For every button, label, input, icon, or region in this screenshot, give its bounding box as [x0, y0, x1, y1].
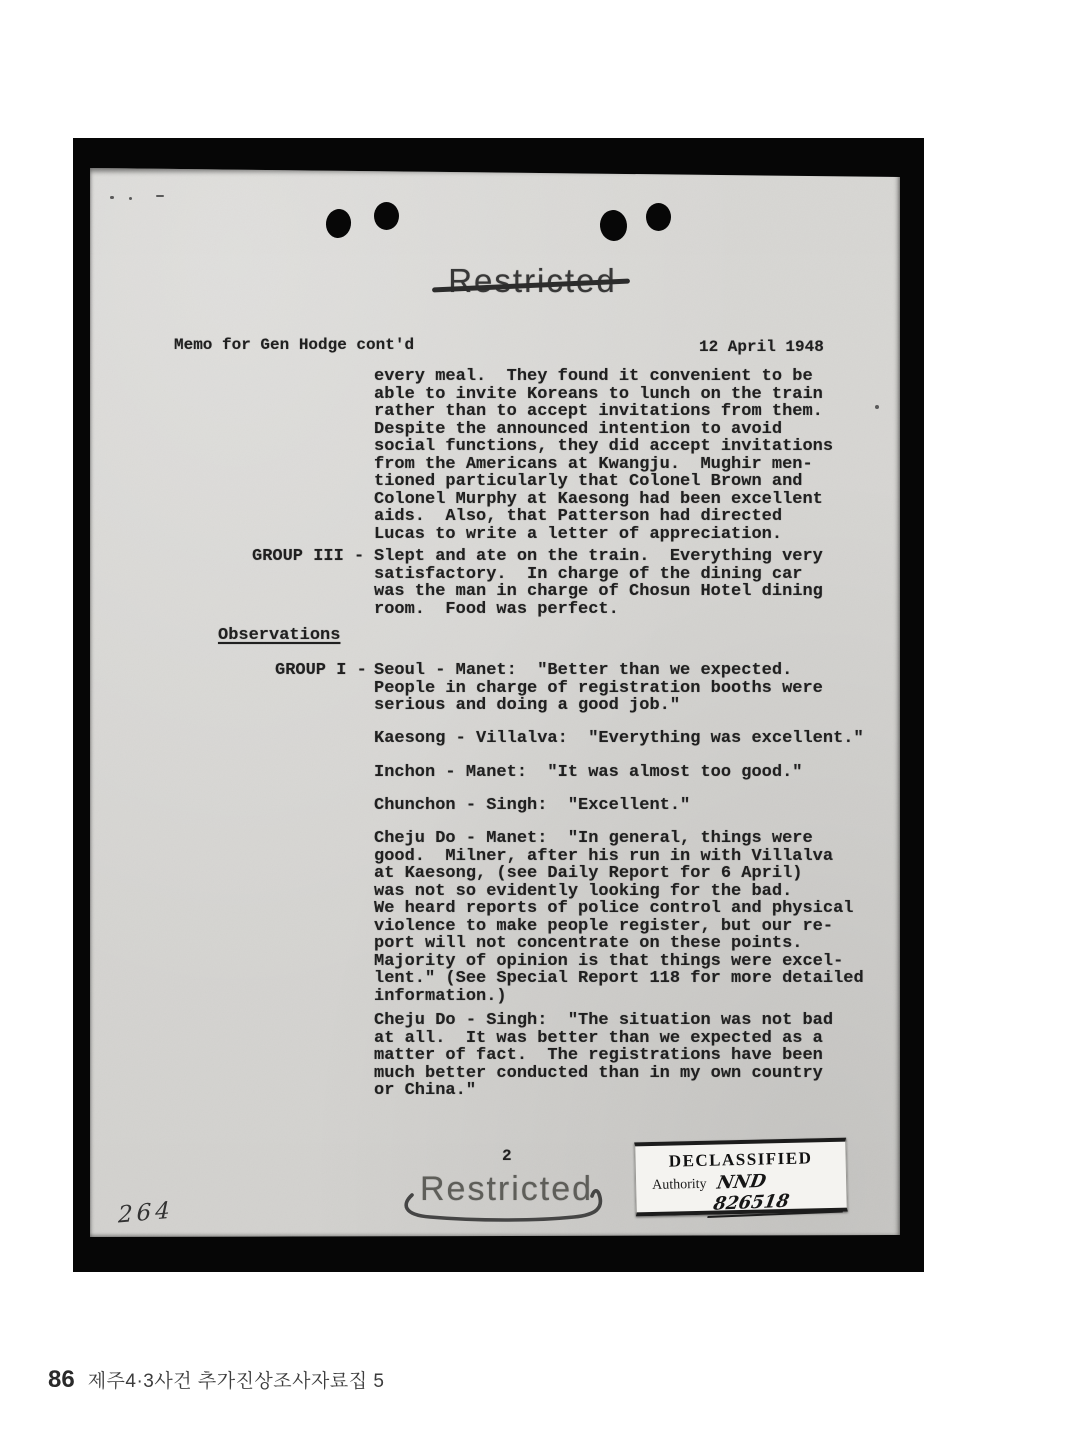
- punch-hole: [324, 207, 353, 239]
- handwritten-page-note: 264: [118, 1197, 174, 1228]
- classification-stamp-bottom: Restricted: [420, 1170, 590, 1240]
- paper-speck: [129, 197, 132, 200]
- memo-date: 12 April 1948: [699, 339, 824, 356]
- punch-hole: [598, 209, 628, 243]
- punch-hole: [646, 203, 671, 231]
- memo-continuation-paragraph: every meal. They found it convenient to …: [374, 368, 833, 543]
- memo-page: Restricted Memo for Gen Hodge cont'd 12 …: [90, 168, 900, 1237]
- observations-heading: Observations: [218, 627, 340, 645]
- group-i-label: GROUP I -: [275, 662, 367, 680]
- declassified-stamp: DECLASSIFIED Authority NND 826518: [634, 1138, 848, 1217]
- memo-subject-line: Memo for Gen Hodge cont'd: [174, 337, 414, 354]
- group-iii-label: GROUP III -: [252, 548, 364, 566]
- book-footer: 86 제주4·3사건 추가진상조사자료집 5: [48, 1366, 384, 1394]
- page-number: 2: [502, 1148, 512, 1166]
- inchon-observation: Inchon - Manet: "It was almost too good.…: [374, 764, 802, 782]
- handdrawn-underline: [398, 1186, 612, 1228]
- declassified-authority-number: NND 826518: [708, 1167, 851, 1218]
- book-page-number: 86: [48, 1366, 75, 1394]
- classification-stamp-top: Restricted: [440, 262, 625, 304]
- kaesong-observation: Kaesong - Villalva: "Everything was exce…: [374, 730, 864, 748]
- scan-black-backdrop: Restricted Memo for Gen Hodge cont'd 12 …: [73, 138, 924, 1272]
- chunchon-observation: Chunchon - Singh: "Excellent.": [374, 797, 690, 815]
- paper-speck: [110, 196, 114, 199]
- declassified-authority-label: Authority: [652, 1177, 707, 1194]
- group-iii-text: Slept and ate on the train. Everything v…: [374, 548, 823, 618]
- cheju-do-singh-observation: Cheju Do - Singh: "The situation was not…: [374, 1012, 833, 1100]
- paper-speck: [156, 195, 164, 197]
- cheju-do-manet-observation: Cheju Do - Manet: "In general, things we…: [374, 830, 864, 1005]
- paper-speck: [875, 405, 879, 409]
- group-i-text: Seoul - Manet: "Better than we expected.…: [374, 662, 823, 715]
- punch-hole: [374, 202, 399, 230]
- book-title: 제주4·3사건 추가진상조사자료집 5: [88, 1366, 385, 1393]
